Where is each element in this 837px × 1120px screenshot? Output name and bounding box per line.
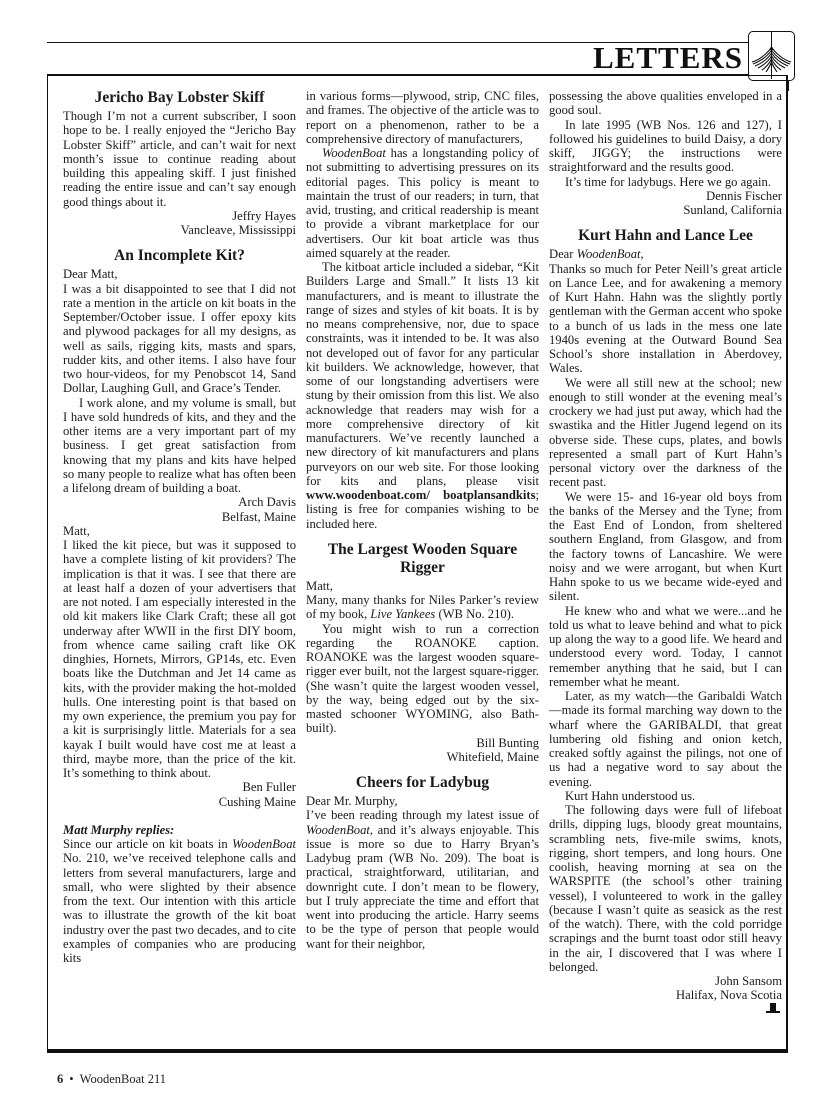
letter-location: Halifax, Nova Scotia bbox=[549, 988, 782, 1002]
letter-title: Kurt Hahn and Lance Lee bbox=[549, 227, 782, 245]
letter-paragraph: I work alone, and my volume is small, bu… bbox=[63, 396, 296, 496]
logo-stem-rule bbox=[788, 81, 789, 91]
letter-paragraph: Many, many thanks for Niles Parker’s rev… bbox=[306, 593, 539, 622]
letter-paragraph: I’ve been reading through my latest issu… bbox=[306, 808, 539, 951]
end-of-article-icon bbox=[766, 1003, 780, 1014]
letter-paragraph: We were 15- and 16-year old boys from th… bbox=[549, 490, 782, 604]
text-run: The kitboat article included a sidebar, … bbox=[306, 260, 539, 488]
text-run: Since our article on kit boats in bbox=[63, 837, 232, 851]
page-footer: 6•WoodenBoat 211 bbox=[57, 1072, 166, 1087]
letter-location: Whitefield, Maine bbox=[306, 750, 539, 764]
editor-reply-paragraph: The kitboat article included a sidebar, … bbox=[306, 260, 539, 531]
letter-title: The Largest Wooden Square Rigger bbox=[306, 541, 539, 577]
letter-salutation: Dear WoodenBoat, bbox=[549, 247, 782, 261]
letter-title: Cheers for Ladybug bbox=[306, 774, 539, 792]
letter-paragraph: The following days were full of lifeboat… bbox=[549, 803, 782, 974]
letter-author: Bill Bunting bbox=[306, 736, 539, 750]
boat-hull-icon bbox=[749, 32, 794, 79]
text-run: Dear bbox=[549, 247, 577, 261]
text-run: I’ve been reading through my latest issu… bbox=[306, 808, 539, 822]
letter-salutation: Dear Matt, bbox=[63, 267, 296, 281]
column-1: Jericho Bay Lobster Skiff Though I’m not… bbox=[63, 89, 296, 965]
letter-paragraph: Kurt Hahn understood us. bbox=[549, 789, 782, 803]
website-link[interactable]: www.woodenboat.com/ boatplansandkits bbox=[306, 488, 536, 502]
letter-paragraph: possessing the above qualities enveloped… bbox=[549, 89, 782, 118]
letter-paragraph: We were all still new at the school; new… bbox=[549, 376, 782, 490]
text-run: (WB No. 210). bbox=[435, 607, 514, 621]
text-run: has a longstanding policy of not submitt… bbox=[306, 146, 539, 260]
text-run: , and it’s always enjoyable. This issue … bbox=[306, 823, 539, 951]
letter-paragraph: Thanks so much for Peter Neill’s great a… bbox=[549, 262, 782, 376]
text-run: No. 210, we’ve received telephone calls … bbox=[63, 851, 296, 965]
publication-issue: WoodenBoat 211 bbox=[80, 1072, 166, 1086]
publication-name: WoodenBoat, bbox=[577, 247, 644, 261]
letter-location: Vancleave, Mississippi bbox=[63, 223, 296, 237]
letter-title: Jericho Bay Lobster Skiff bbox=[63, 89, 296, 107]
letter-location: Sunland, California bbox=[549, 203, 782, 217]
letter-author: Jeffry Hayes bbox=[63, 209, 296, 223]
letter-author: Ben Fuller bbox=[63, 780, 296, 794]
letter-title: An Incomplete Kit? bbox=[63, 247, 296, 265]
column-3: possessing the above qualities enveloped… bbox=[549, 89, 782, 1017]
column-2: in various forms—plywood, strip, CNC fil… bbox=[306, 89, 539, 951]
letter-body: I liked the kit piece, but was it suppos… bbox=[63, 538, 296, 780]
editor-reply-paragraph: in various forms—plywood, strip, CNC fil… bbox=[306, 89, 539, 146]
letter-salutation: Dear Mr. Murphy, bbox=[306, 794, 539, 808]
letter-paragraph: It’s time for ladybugs. Here we go again… bbox=[549, 175, 782, 189]
letter-location: Belfast, Maine bbox=[63, 510, 296, 524]
letter-author: Dennis Fischer bbox=[549, 189, 782, 203]
letter-author: Arch Davis bbox=[63, 495, 296, 509]
letter-paragraph: He knew who and what we were...and he to… bbox=[549, 604, 782, 690]
publication-name: WoodenBoat bbox=[232, 837, 296, 851]
letter-paragraph: I was a bit disappointed to see that I d… bbox=[63, 282, 296, 396]
letter-paragraph: In late 1995 (WB Nos. 126 and 127), I fo… bbox=[549, 118, 782, 175]
letter-location: Cushing Maine bbox=[63, 795, 296, 809]
footer-bullet: • bbox=[69, 1072, 73, 1086]
letter-paragraph: Later, as my watch—the Garibaldi Watch—m… bbox=[549, 689, 782, 789]
letter-salutation: Matt, bbox=[63, 524, 296, 538]
logo bbox=[748, 31, 795, 81]
page-number: 6 bbox=[57, 1072, 63, 1086]
editor-reply-paragraph: Since our article on kit boats in Wooden… bbox=[63, 837, 296, 965]
letter-paragraph: You might wish to run a correction regar… bbox=[306, 622, 539, 736]
letter-body: Though I’m not a current subscriber, I s… bbox=[63, 109, 296, 209]
book-title: Live Yankees bbox=[370, 607, 435, 621]
end-mark bbox=[549, 1003, 782, 1017]
publication-name: WoodenBoat bbox=[306, 823, 370, 837]
letter-salutation: Matt, bbox=[306, 579, 539, 593]
section-title: LETTERS bbox=[593, 40, 743, 76]
publication-name: WoodenBoat bbox=[322, 146, 386, 160]
editor-reply-paragraph: WoodenBoat has a longstanding policy of … bbox=[306, 146, 539, 260]
editor-reply-heading: Matt Murphy replies: bbox=[63, 823, 296, 837]
letter-author: John Sansom bbox=[549, 974, 782, 988]
